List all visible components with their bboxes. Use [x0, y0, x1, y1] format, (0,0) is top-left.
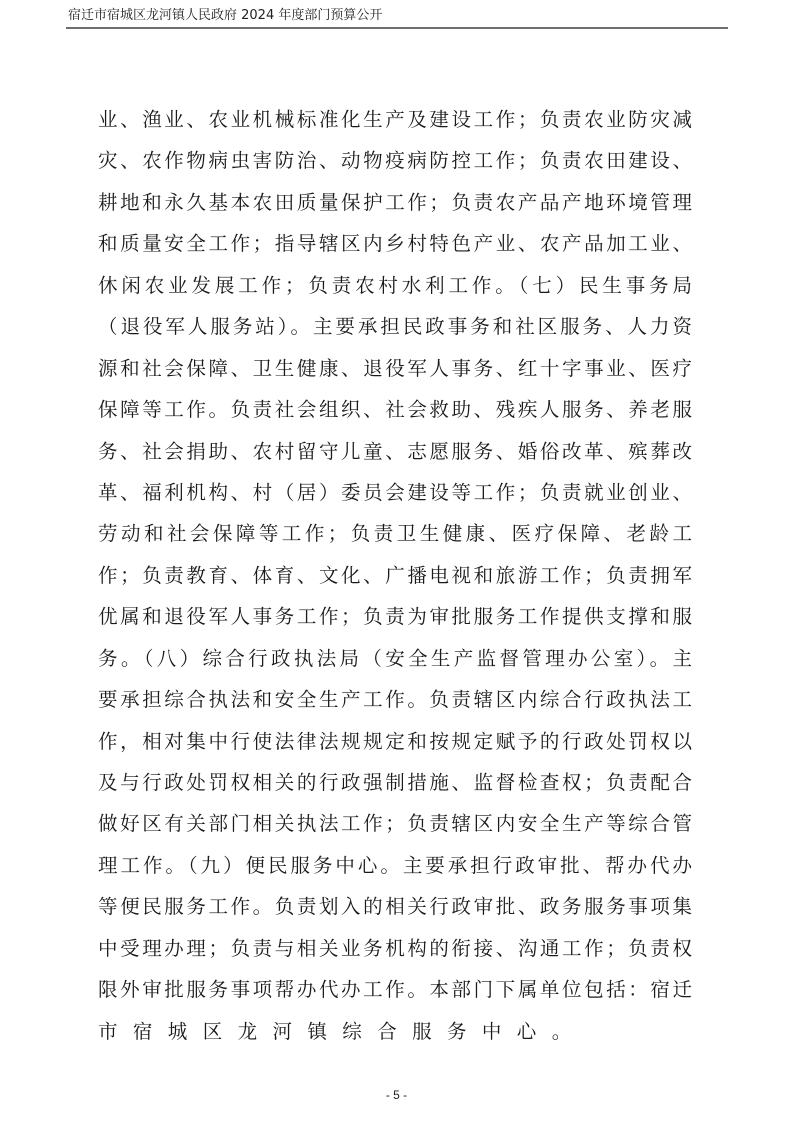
running-header: 宿迁市宿城区龙河镇人民政府 2024 年度部门预算公开 — [68, 8, 382, 24]
text-line: 等便民服务工作。负责划入的相关行政审批、政务服务事项集 — [98, 886, 692, 927]
text-line: 理工作。（九）便民服务中心。主要承担行政审批、帮办代办 — [98, 845, 692, 886]
text-line: 耕地和永久基本农田质量保护工作；负责农产品产地环境管理 — [98, 182, 692, 223]
page-number: - 5 - — [0, 1088, 793, 1102]
text-line: 作；负责教育、体育、文化、广播电视和旅游工作；负责拥军 — [98, 555, 692, 596]
text-line: 休闲农业发展工作；负责农村水利工作。（七）民生事务局 — [98, 265, 692, 306]
text-line: （退役军人服务站）。主要承担民政事务和社区服务、人力资 — [98, 306, 692, 347]
text-line: 及与行政处罚权相关的行政强制措施、监督检查权；负责配合 — [98, 762, 692, 803]
text-line: 要承担综合执法和安全生产工作。负责辖区内综合行政执法工 — [98, 679, 692, 720]
body-text: 业、渔业、农业机械标准化生产及建设工作；负责农业防灾减 灾、农作物病虫害防治、动… — [98, 99, 692, 1052]
text-line: 劳动和社会保障等工作；负责卫生健康、医疗保障、老龄工 — [98, 513, 692, 554]
text-line: 作，相对集中行使法律法规规定和按规定赋予的行政处罚权以 — [98, 721, 692, 762]
text-line: 业、渔业、农业机械标准化生产及建设工作；负责农业防灾减 — [98, 99, 692, 140]
text-line: 灾、农作物病虫害防治、动物疫病防控工作；负责农田建设、 — [98, 140, 692, 181]
text-line: 革、福利机构、村（居）委员会建设等工作；负责就业创业、 — [98, 472, 692, 513]
text-line: 源和社会保障、卫生健康、退役军人事务、红十字事业、医疗 — [98, 348, 692, 389]
text-line: 务。（八）综合行政执法局（安全生产监督管理办公室）。主 — [98, 638, 692, 679]
text-line: 限外审批服务事项帮办代办工作。本部门下属单位包括：宿迁 — [98, 969, 692, 1010]
text-line: 保障等工作。负责社会组织、社会救助、残疾人服务、养老服 — [98, 389, 692, 430]
text-line: 务、社会捐助、农村留守儿童、志愿服务、婚俗改革、殡葬改 — [98, 431, 692, 472]
text-line-last: 市宿城区龙河镇综合服务中心。 — [98, 1011, 692, 1052]
text-line: 和质量安全工作；指导辖区内乡村特色产业、农产品加工业、 — [98, 223, 692, 264]
text-line: 做好区有关部门相关执法工作；负责辖区内安全生产等综合管 — [98, 803, 692, 844]
text-line: 优属和退役军人事务工作；负责为审批服务工作提供支撑和服 — [98, 596, 692, 637]
header-rule — [66, 27, 728, 29]
text-line: 中受理办理；负责与相关业务机构的衔接、沟通工作；负责权 — [98, 928, 692, 969]
